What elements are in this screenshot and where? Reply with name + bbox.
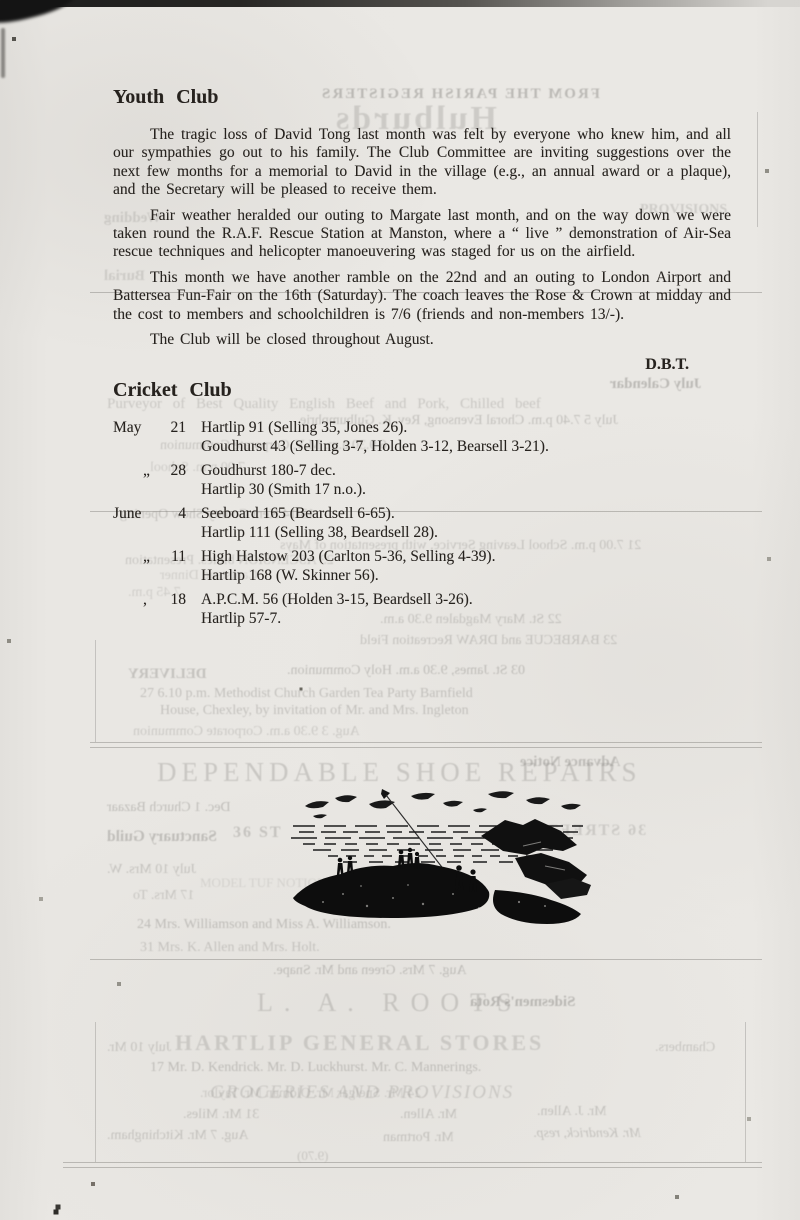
- match-score-lines: High Halstow 203 (Carlton 5-36, Selling …: [201, 547, 495, 585]
- bleedthrough-text: 31 Mrs. K. Allen and Mrs. Holt.: [140, 940, 320, 956]
- cricket-club-heading: Cricket Club: [113, 379, 731, 402]
- match-date-day: 11: [160, 547, 186, 585]
- youth-club-paragraph-1: The tragic loss of David Tong last month…: [113, 126, 731, 200]
- bleedthrough-text: DELIVERY: [128, 666, 207, 683]
- match-date-month: May: [113, 418, 160, 456]
- match-date-day: 21: [160, 418, 186, 456]
- seaside-kite-woodcut-svg: [283, 786, 598, 928]
- match-score-line: High Halstow 203 (Carlton 5-36, Selling …: [201, 547, 495, 566]
- match-score-line: Hartlip 91 (Selling 35, Jones 26).: [201, 418, 549, 437]
- bleedthrough-text: Sanctuary Guild: [107, 828, 217, 846]
- bleedthrough-text: (9.70): [297, 1148, 328, 1164]
- page-top-edge-shadow: [0, 0, 800, 7]
- match-date-month: ,: [113, 590, 160, 628]
- bleedthrough-text: Sidesmen's Rota: [470, 994, 575, 1011]
- scanned-parish-magazine-page: FROM THE PARISH REGISTERSHulburdsPROVISI…: [0, 0, 800, 1220]
- bleedthrough-box-edge: [757, 112, 758, 227]
- youth-club-section: Youth Club The tragic loss of David Tong…: [113, 86, 731, 374]
- match-score-line: Hartlip 111 (Selling 38, Beardsell 28).: [201, 523, 438, 542]
- match-score-line: Hartlip 168 (W. Skinner 56).: [201, 566, 495, 585]
- page-corner-shadow: [0, 0, 78, 29]
- match-score-line: Hartlip 57-7.: [201, 609, 473, 628]
- rocks: [481, 819, 591, 899]
- match-date-month: „: [113, 461, 160, 499]
- match-score-lines: A.P.C.M. 56 (Holden 3-15, Beardsell 3-26…: [201, 590, 473, 628]
- cricket-club-section: Cricket Club May21Hartlip 91 (Selling 35…: [113, 379, 731, 628]
- cricket-match-row: ,18A.P.C.M. 56 (Holden 3-15, Beardsell 3…: [113, 590, 731, 628]
- bleedthrough-text: 36 ST: [233, 824, 283, 842]
- youth-club-closing-line: The Club will be closed throughout Augus…: [113, 331, 731, 349]
- cricket-match-row: May21Hartlip 91 (Selling 35, Jones 26).G…: [113, 418, 731, 456]
- bleedthrough-text: Advance Notice: [520, 754, 620, 771]
- page-left-edge-mark: [1, 28, 5, 78]
- match-date-month: „: [113, 547, 160, 585]
- seaside-illustration: [283, 786, 598, 928]
- bleedthrough-text: Mr. Portman: [383, 1130, 454, 1146]
- bleedthrough-text: Mr. J. Allen.: [537, 1104, 607, 1120]
- bleedthrough-text: GROCERIES AND PROVISIONS: [210, 1082, 514, 1104]
- bleedthrough-box-edge: [745, 1022, 746, 1162]
- match-score-line: A.P.C.M. 56 (Holden 3-15, Beardsell 3-26…: [201, 590, 473, 609]
- paper-specks: [0, 0, 2, 2]
- bleedthrough-text: 17 Mrs. To: [133, 888, 194, 904]
- bleedthrough-text: Dec. 1 Church Bazaar: [107, 800, 231, 816]
- bleedthrough-text: July 10 Mrs. W.: [107, 862, 196, 878]
- match-score-line: Goudhurst 43 (Selling 3-7, Holden 3-12, …: [201, 437, 549, 456]
- match-date-day: 4: [160, 504, 186, 542]
- bleedthrough-box-edge: [95, 1022, 96, 1162]
- bleedthrough-text: DEPENDABLE SHOE REPAIRS: [157, 757, 642, 788]
- bleedthrough-text: 17 Mr. D. Kendrick. Mr. D. Luckhurst. Mr…: [150, 1060, 481, 1076]
- cloud-strokes: [305, 791, 581, 818]
- bleedthrough-text: 31 Mr. Miles.: [183, 1107, 259, 1123]
- match-score-lines: Hartlip 91 (Selling 35, Jones 26).Goudhu…: [201, 418, 549, 456]
- bleedthrough-text: Mr. Allen.: [400, 1107, 457, 1123]
- bleedthrough-text: Aug. 3 9.30 a.m. Corporate Communion: [133, 724, 360, 740]
- bleedthrough-text: Aug. 7 Mrs. Green and Mr. Snape.: [273, 963, 467, 979]
- bleedthrough-text: 03 St. James, 9.30 a.m. Holy Communion.: [287, 663, 525, 679]
- match-score-lines: Goudhurst 180-7 dec.Hartlip 30 (Smith 17…: [201, 461, 366, 499]
- match-date-month: June: [113, 504, 160, 542]
- youth-club-signature: D.B.T.: [113, 356, 731, 374]
- bleedthrough-rule: [63, 1162, 762, 1168]
- kite-icon: [381, 789, 390, 799]
- cricket-results-list: May21Hartlip 91 (Selling 35, Jones 26).G…: [113, 418, 731, 628]
- bleedthrough-text: House, Chexley, by invitation of Mr. and…: [160, 703, 469, 719]
- youth-club-paragraph-3: This month we have another ramble on the…: [113, 269, 731, 324]
- bleedthrough-text: 27 6.10 p.m. Methodist Church Garden Tea…: [140, 686, 473, 702]
- bleedthrough-text: Mr. Kendrick, resp.: [533, 1126, 641, 1142]
- bleedthrough-text: 23 BARBECUE and DRAW Recreation Field: [360, 633, 617, 649]
- bleedthrough-text: Chambers.: [655, 1040, 715, 1056]
- match-score-line: Seeboard 165 (Beardsell 6-65).: [201, 504, 438, 523]
- youth-club-paragraph-2: Fair weather heralded our outing to Marg…: [113, 207, 731, 262]
- youth-club-heading: Youth Club: [113, 86, 731, 109]
- page-content: Youth Club The tragic loss of David Tong…: [113, 86, 731, 633]
- bleedthrough-text: July 10 Mr.: [107, 1040, 171, 1056]
- cricket-match-row: „11High Halstow 203 (Carlton 5-36, Selli…: [113, 547, 731, 585]
- match-date-day: 28: [160, 461, 186, 499]
- match-score-line: Goudhurst 180-7 dec.: [201, 461, 366, 480]
- match-score-line: Hartlip 30 (Smith 17 n.o.).: [201, 480, 366, 499]
- bleedthrough-text: HARTLIP GENERAL STORES: [175, 1030, 544, 1056]
- bleedthrough-text: Aug. 7 Mr. Kitchingham.: [107, 1128, 249, 1144]
- bleedthrough-rule: [90, 742, 762, 748]
- cricket-match-row: June4Seeboard 165 (Beardsell 6-65).Hartl…: [113, 504, 731, 542]
- cricket-match-row: „28Goudhurst 180-7 dec.Hartlip 30 (Smith…: [113, 461, 731, 499]
- bleedthrough-text: L. A. ROOTS: [257, 988, 522, 1018]
- bleedthrough-text: 24 Mr. Snelgar Mr. Oldman Mr. Taylor.: [200, 1086, 421, 1102]
- bleedthrough-rule: [90, 959, 762, 960]
- match-date-day: 18: [160, 590, 186, 628]
- match-score-lines: Seeboard 165 (Beardsell 6-65).Hartlip 11…: [201, 504, 438, 542]
- bleedthrough-box-edge: [95, 640, 96, 742]
